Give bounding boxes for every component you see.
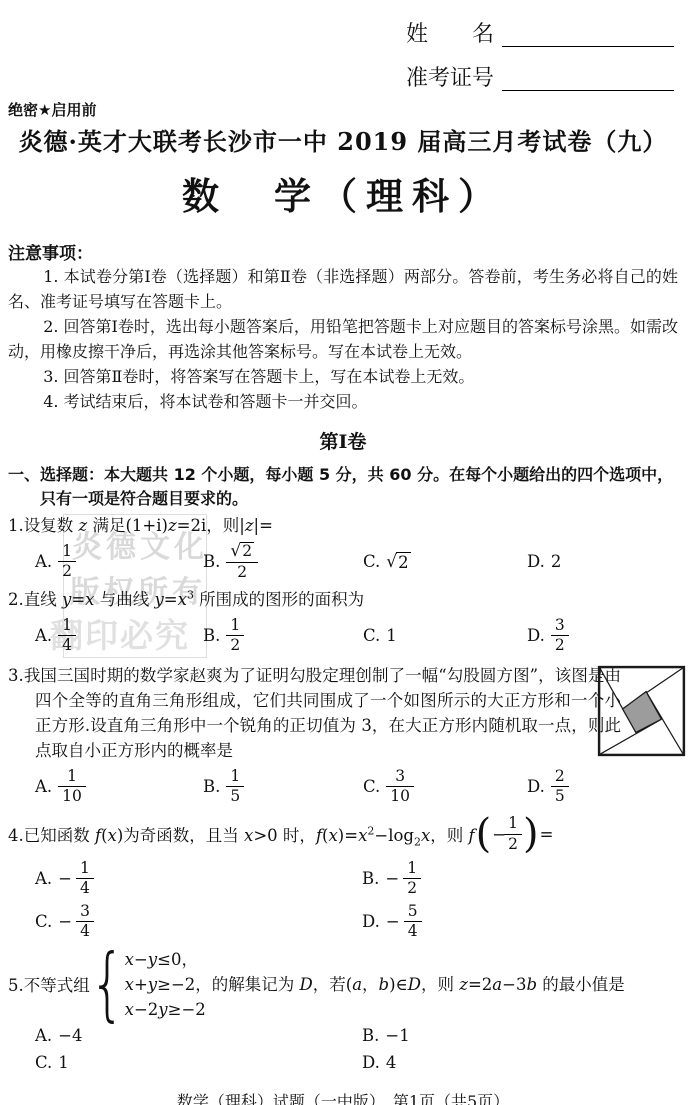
instruction-line-2: 只有一项是符合题目要求的。 — [40, 487, 678, 511]
q1-option-b: B. √22 — [203, 542, 363, 581]
q2-option-a-value: 14 — [58, 617, 76, 655]
q1-option-d: D. 2 — [527, 552, 678, 571]
question-3: 3.我国三国时期的数学家赵爽为了证明勾股定理创制了一幅“勾股圆方图”，该图是由四… — [8, 663, 678, 810]
q2-option-d-value: 32 — [551, 617, 569, 655]
q4-option-a-label: A. — [35, 869, 52, 888]
q5-stem-rest: 的解集记为 D，若(a，b)∈D，则 z=2a−3b 的最小值是 — [212, 972, 625, 997]
page-footer: 数学（理科）试题（一中版） 第1页（共5页） — [8, 1089, 678, 1105]
q3-option-d: D. 25 — [527, 768, 678, 806]
q5-option-b-label: B. — [362, 1026, 379, 1045]
paper-body: 炎德·英才大联考长沙市一中 2019 届高三月考试卷（九） 数 学（理科） 注意… — [0, 0, 688, 1105]
left-paren: ( — [475, 814, 493, 854]
q3-options: A. 110 B. 15 C. 310 D. 25 — [8, 763, 678, 810]
q5-option-a-label: A. — [35, 1026, 52, 1045]
q3-option-d-label: D. — [527, 777, 545, 796]
q5-option-c: C. 1 — [35, 1053, 362, 1072]
q2-option-c: C. 1 — [363, 626, 527, 645]
q5-options-row-2: C. 1 D. 4 — [8, 1049, 678, 1076]
q3-option-c: C. 310 — [363, 768, 527, 806]
q5-inequality-2: x+y≥−2，的解集记为 D，若(a，b)∈D，则 z=2a−3b 的最小值是 — [125, 972, 625, 997]
q5-option-d: D. 4 — [362, 1053, 678, 1072]
q5-inequality-1: x−y≤0， — [125, 947, 625, 972]
exam-title: 炎德·英才大联考长沙市一中 2019 届高三月考试卷（九） — [8, 122, 678, 157]
q3-option-b-value: 15 — [226, 768, 244, 806]
q2-option-c-label: C. — [363, 626, 380, 645]
q3-option-a: A. 110 — [35, 768, 203, 806]
q2-option-c-value: 1 — [386, 626, 397, 645]
q4-option-a-value: 14 — [76, 860, 94, 898]
q2-option-b: B. 12 — [203, 617, 363, 655]
q1-option-c-value: √2 — [386, 552, 410, 572]
system-brace: { — [89, 946, 125, 1022]
q2-option-a-label: A. — [35, 626, 52, 645]
q1-option-b-label: B. — [203, 552, 220, 571]
q3-option-c-value: 310 — [386, 768, 414, 806]
notice-item-1: 1. 本试卷分第Ⅰ卷（选择题）和第Ⅱ卷（非选择题）两部分。答卷前，考生务必将自己… — [8, 264, 678, 314]
q5-stem-label: 5.不等式组 — [8, 972, 90, 996]
exam-id-field-row: 准考证号 — [406, 58, 674, 91]
notice-item-3: 3. 回答第Ⅱ卷时，将答案写在答题卡上，写在本试卷上无效。 — [8, 364, 678, 389]
subject-title: 数 学（理科） — [8, 166, 678, 220]
q1-option-a-label: A. — [35, 552, 52, 571]
q5-option-a: A. −4 — [35, 1026, 362, 1045]
q2-option-b-label: B. — [203, 626, 220, 645]
q5-option-d-label: D. — [362, 1053, 380, 1072]
q4-option-a: A. − 14 — [35, 860, 362, 898]
q1-option-c: C. √2 — [363, 552, 527, 572]
q3-option-b-label: B. — [203, 777, 220, 796]
q4-option-b-label: B. — [362, 869, 379, 888]
q1-stem: 1.设复数 z 满足(1+i)z=2i，则|z|= — [8, 514, 678, 538]
q4-option-c-label: C. — [35, 912, 52, 931]
q1-option-d-label: D. — [527, 552, 545, 571]
q4-option-b: B. − 12 — [362, 860, 678, 898]
secrecy-label: 绝密★启用前 — [8, 99, 96, 120]
notice-item-2: 2. 回答第Ⅰ卷时，选出每小题答案后，用铅笔把答题卡上对应题目的答案标号涂黑。如… — [8, 314, 678, 364]
q1-option-a: A. 12 — [35, 543, 203, 581]
notice-item-4: 4. 考试结束后，将本试卷和答题卡一并交回。 — [8, 389, 678, 414]
q3-option-a-value: 110 — [58, 768, 86, 806]
q4-option-c-value: 34 — [76, 903, 94, 941]
q2-option-b-value: 12 — [226, 617, 244, 655]
q5-option-b: B. −1 — [362, 1026, 678, 1045]
q4-option-c: C. − 34 — [35, 903, 362, 941]
q4-stem-fraction: − 12 — [492, 815, 522, 853]
q1-option-d-value: 2 — [551, 552, 562, 571]
q2-options: A. 14 B. 12 C. 1 D. 32 — [8, 612, 678, 659]
q1-options: A. 12 B. √22 C. √2 D. 2 — [8, 538, 678, 585]
q4-stem-equals: = — [540, 825, 554, 844]
q2-stem: 2.直线 y=x 与曲线 y=x3 所围成的图形的面积为 — [8, 588, 678, 612]
q5-option-a-value: −4 — [58, 1026, 82, 1045]
q4-stem: 4.已知函数 f(x)为奇函数，且当 x>0 时，f(x)=x2−log2x，则… — [8, 811, 678, 857]
q1-option-a-value: 12 — [58, 543, 76, 581]
instruction-line-1: 一、选择题：本大题共 12 个小题，每小题 5 分，共 60 分。在每个小题给出… — [8, 463, 678, 487]
q3-option-d-value: 25 — [551, 768, 569, 806]
name-underline[interactable] — [502, 16, 674, 47]
header-fill-fields: 姓 名 准考证号 — [406, 14, 674, 102]
q3-option-c-label: C. — [363, 777, 380, 796]
q2-option-a: A. 14 — [35, 617, 203, 655]
q5-inequality-3: x−2y≥−2 — [125, 997, 625, 1022]
name-label: 姓 名 — [406, 23, 494, 47]
q2-option-d-label: D. — [527, 626, 545, 645]
q4-options-row-1: A. − 14 B. − 12 — [8, 857, 678, 900]
q4-option-b-value: 12 — [403, 860, 421, 898]
question-1: 1.设复数 z 满足(1+i)z=2i，则|z|= A. 12 B. √22 C… — [8, 514, 678, 585]
exam-page: 炎德文化 版权所有 翻印必究 姓 名 准考证号 绝密★启用前 炎德·英才大联考长… — [0, 0, 688, 1105]
q5-option-c-label: C. — [35, 1053, 52, 1072]
q1-option-b-value: √22 — [226, 542, 258, 581]
part1-title: 第Ⅰ卷 — [8, 427, 678, 454]
q3-stem: 3.我国三国时期的数学家赵爽为了证明勾股定理创制了一幅“勾股圆方图”，该图是由四… — [8, 663, 621, 763]
exam-id-label: 准考证号 — [406, 67, 494, 91]
question-5: 5.不等式组 { x−y≤0， x+y≥−2，的解集记为 D，若(a，b)∈D，… — [8, 946, 678, 1076]
q1-option-c-label: C. — [363, 552, 380, 571]
question-4: 4.已知函数 f(x)为奇函数，且当 x>0 时，f(x)=x2−log2x，则… — [8, 811, 678, 943]
q5-inequality-system: x−y≤0， x+y≥−2，的解集记为 D，若(a，b)∈D，则 z=2a−3b… — [125, 947, 625, 1022]
q3-option-a-label: A. — [35, 777, 52, 796]
gougu-diagram-figure — [597, 664, 687, 758]
section-instruction: 一、选择题：本大题共 12 个小题，每小题 5 分，共 60 分。在每个小题给出… — [8, 463, 678, 511]
q4-stem-text: 4.已知函数 f(x)为奇函数，且当 x>0 时，f(x)=x2−log2x，则… — [8, 822, 475, 846]
notice-title: 注意事项： — [8, 239, 678, 264]
exam-id-underline[interactable] — [502, 60, 674, 91]
question-2: 2.直线 y=x 与曲线 y=x3 所围成的图形的面积为 A. 14 B. 12… — [8, 588, 678, 659]
q4-option-d-label: D. — [362, 912, 380, 931]
name-field-row: 姓 名 — [406, 14, 674, 47]
right-paren: ) — [522, 814, 540, 854]
q5-option-c-value: 1 — [58, 1053, 69, 1072]
q4-option-d: D. − 54 — [362, 903, 678, 941]
q5-stem: 5.不等式组 { x−y≤0， x+y≥−2，的解集记为 D，若(a，b)∈D，… — [8, 946, 678, 1022]
q3-option-b: B. 15 — [203, 768, 363, 806]
q2-option-d: D. 32 — [527, 617, 678, 655]
q4-option-d-value: 54 — [404, 903, 422, 941]
small-square — [623, 692, 662, 733]
q5-option-b-value: −1 — [385, 1026, 409, 1045]
q5-option-d-value: 4 — [386, 1053, 397, 1072]
